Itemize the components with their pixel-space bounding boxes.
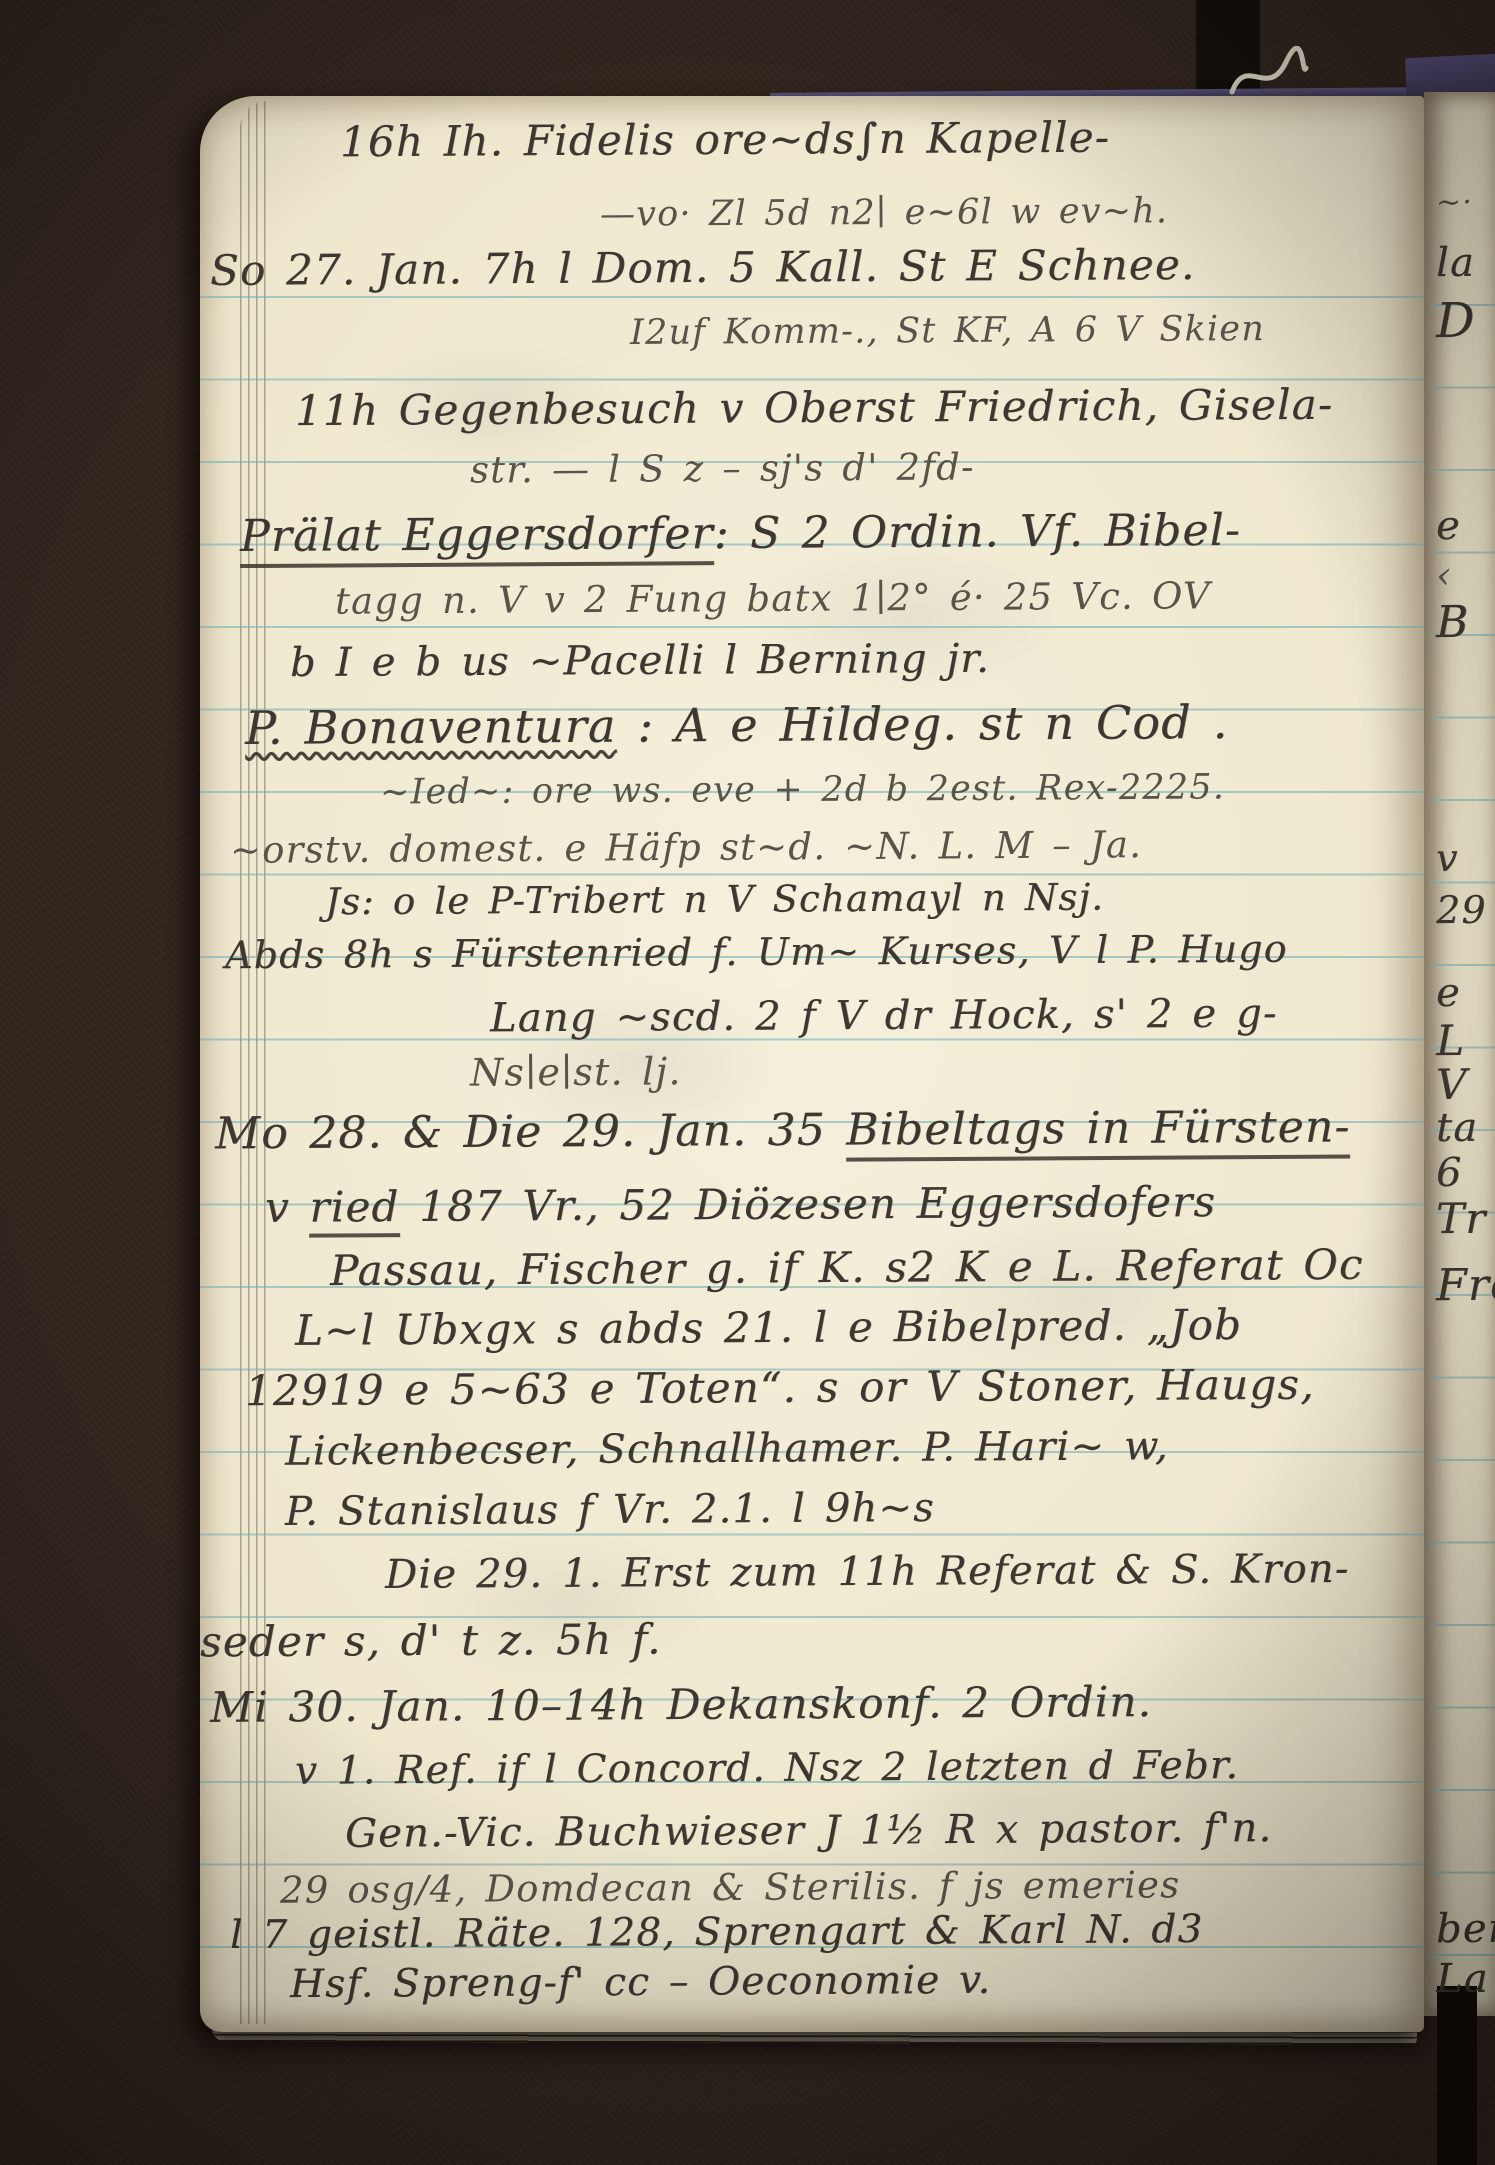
handwriting-line: ~Ied~: ore ws. eve + 2d b 2est. Rex-2225…: [380, 767, 1225, 812]
notebook-photo: 16h Ih. Fidelis ore~ds∫n Kapelle- —vo· Z…: [0, 0, 1495, 2165]
facing-page-text-fragment: ~·: [1436, 185, 1473, 220]
facing-page-text-fragment: v: [1436, 836, 1459, 880]
handwriting-line: 11h Gegenbesuch v Oberst Friedrich, Gise…: [295, 380, 1334, 435]
facing-page-text-fragment: 6: [1436, 1150, 1463, 1196]
handwriting-line: Hsf. Spreng-f' cc – Oeconomie v.: [290, 1958, 991, 2007]
handwriting-line: 16h Ih. Fidelis ore~ds∫n Kapelle-: [340, 113, 1110, 167]
handwriting-line: tagg n. V v 2 Fung batx 1∣2° é· 25 Vc. O…: [335, 574, 1211, 622]
line-pre: Mo 28. & Die 29. Jan. 35: [215, 1105, 846, 1160]
handwriting-line: Mo 28. & Die 29. Jan. 35 Bibeltags in Fü…: [215, 1102, 1351, 1160]
facing-page-text-fragment: ‹: [1436, 553, 1453, 597]
line-pre: Js: o le P-Tribert n V Schamayl n Nsj.: [325, 876, 1104, 924]
line-pre: b I e b us ~Pacelli l Berning jr.: [290, 636, 990, 686]
facing-page-text-fragment: ber: [1436, 1906, 1495, 1952]
line-pre: seder s, d' t z. 5h f.: [200, 1615, 662, 1667]
handwriting-line: I2uf Komm-., St KF, A 6 V Skien: [630, 309, 1265, 353]
facing-page-text-fragment: ta: [1436, 1105, 1479, 1151]
handwriting-line: Lang ~scd. 2 f V dr Hock, s' 2 e g-: [490, 991, 1278, 1042]
handwriting-line: 12919 e 5~63 e Toten“. s or V Stoner, Ha…: [245, 1360, 1315, 1416]
handwriting-line: P. Bonaventura : A e Hildeg. st n Cod .: [245, 695, 1229, 755]
line-pre: So 27. Jan. 7h l Dom. 5 Kall. St E Schne…: [210, 240, 1196, 295]
line-pre: 11h Gegenbesuch v Oberst Friedrich, Gise…: [295, 380, 1334, 435]
line-pre: Gen.-Vic. Buchwieser J 1½ R x pastor. f'…: [345, 1805, 1273, 1857]
handwriting-line: 29 osg/4, Domdecan & Sterilis. f js emer…: [280, 1863, 1181, 1911]
handwriting-line: Ns∣e∣st. lj.: [470, 1049, 682, 1094]
line-post: : S 2 Ordin. Vf. Bibel-: [714, 505, 1242, 559]
handwriting-line: ~orstv. domest. e Häfp st~d. ~N. L. M – …: [230, 823, 1142, 872]
facing-page-text-fragment: B: [1436, 597, 1470, 648]
handwriting-line: Prälat Eggersdorfer: S 2 Ordin. Vf. Bibe…: [240, 505, 1241, 562]
handwriting-line: seder s, d' t z. 5h f.: [200, 1615, 662, 1667]
line-pre: I2uf Komm-., St KF, A 6 V Skien: [630, 309, 1265, 353]
handwriting-line: Passau, Fischer g. if K. s2 K e L. Refer…: [330, 1240, 1364, 1295]
line-pre: P. Stanislaus f Vr. 2.1. l 9h~s: [285, 1485, 935, 1535]
facing-page-text-fragment: L: [1436, 1016, 1465, 1065]
line-pre: Mi 30. Jan. 10–14h Dekanskonf. 2 Ordin.: [210, 1677, 1152, 1732]
facing-page-text-fragment: Tr: [1436, 1194, 1487, 1243]
line-pre: 16h Ih. Fidelis ore~ds∫n Kapelle-: [340, 113, 1110, 167]
facing-page-text-fragment: V: [1436, 1060, 1468, 1109]
line-pre: Ns∣e∣st. lj.: [470, 1049, 682, 1094]
line-pre: Abds 8h s Fürstenried f. Um~ Kurses, V l…: [225, 927, 1288, 977]
line-underlined: P. Bonaventura: [245, 699, 617, 757]
handwriting-line: P. Stanislaus f Vr. 2.1. l 9h~s: [285, 1485, 935, 1535]
facing-page-text-fragment: La: [1436, 1956, 1489, 2002]
handwriting-line: l 7 geistl. Räte. 128, Sprengart & Karl …: [230, 1907, 1204, 1958]
handwriting-line: Js: o le P-Tribert n V Schamayl n Nsj.: [325, 876, 1104, 924]
line-pre: ~Ied~: ore ws. eve + 2d b 2est. Rex-2225…: [380, 767, 1225, 812]
line-post: 187 Vr., 52 Diözesen Eggersdofers: [399, 1177, 1216, 1231]
handwriting-line: Mi 30. Jan. 10–14h Dekanskonf. 2 Ordin.: [210, 1677, 1152, 1732]
line-pre: Lang ~scd. 2 f V dr Hock, s' 2 e g-: [490, 991, 1278, 1042]
line-pre: tagg n. V v 2 Fung batx 1∣2° é· 25 Vc. O…: [335, 574, 1211, 622]
line-pre: Die 29. 1. Erst zum 11h Referat & S. Kro…: [385, 1546, 1350, 1598]
line-pre: Hsf. Spreng-f' cc – Oeconomie v.: [290, 1958, 991, 2007]
handwriting-line: v 1. Ref. if l Concord. Nsz 2 letzten d …: [295, 1743, 1239, 1794]
line-pre: —vo· Zl 5d n2∣ e~6l w ev~h.: [600, 191, 1168, 234]
line-pre: Lickenbecser, Schnallhamer. P. Hari~ w,: [285, 1423, 1169, 1474]
facing-page-text-fragment: D: [1436, 293, 1476, 349]
book-cover-edge-bottom-right: [1437, 1986, 1477, 2165]
facing-page-text-fragment: la: [1436, 240, 1475, 286]
line-post: : A e Hildeg. st n Cod .: [616, 695, 1228, 753]
line-underlined: Bibeltags in Fürsten-: [846, 1102, 1351, 1162]
handwriting-line: L~l Ubxgx s abds 21. l e Bibelpred. „Job: [295, 1300, 1242, 1355]
handwriting-line: Lickenbecser, Schnallhamer. P. Hari~ w,: [285, 1423, 1169, 1474]
handwriting-line: Gen.-Vic. Buchwieser J 1½ R x pastor. f'…: [345, 1805, 1273, 1857]
facing-page-text-fragment: e: [1436, 970, 1461, 1016]
line-pre: v: [265, 1183, 310, 1232]
line-pre: str. — l S z – sj's d' 2fd-: [470, 445, 975, 491]
line-underlined: ried: [309, 1182, 399, 1238]
facing-page-text-fragment: Fre: [1436, 1260, 1495, 1311]
handwriting-line: So 27. Jan. 7h l Dom. 5 Kall. St E Schne…: [210, 240, 1196, 295]
line-pre: L~l Ubxgx s abds 21. l e Bibelpred. „Job: [295, 1300, 1242, 1355]
line-pre: ~orstv. domest. e Häfp st~d. ~N. L. M – …: [230, 823, 1142, 872]
line-pre: 29 osg/4, Domdecan & Sterilis. f js emer…: [280, 1863, 1181, 1911]
facing-page-text-fragment: 29: [1436, 888, 1487, 932]
line-underlined: Prälat Eggersdorfer: [240, 508, 714, 568]
handwriting-line: —vo· Zl 5d n2∣ e~6l w ev~h.: [600, 191, 1168, 234]
handwriting-line: v ried 187 Vr., 52 Diözesen Eggersdofers: [265, 1177, 1216, 1232]
line-pre: v 1. Ref. if l Concord. Nsz 2 letzten d …: [295, 1743, 1239, 1794]
line-pre: Passau, Fischer g. if K. s2 K e L. Refer…: [330, 1240, 1364, 1295]
facing-page-text-fragment: e: [1436, 503, 1461, 549]
handwriting-line: Die 29. 1. Erst zum 11h Referat & S. Kro…: [385, 1546, 1350, 1598]
line-pre: l 7 geistl. Räte. 128, Sprengart & Karl …: [230, 1907, 1204, 1958]
handwriting-line: str. — l S z – sj's d' 2fd-: [470, 445, 975, 491]
line-pre: 12919 e 5~63 e Toten“. s or V Stoner, Ha…: [245, 1360, 1315, 1416]
handwriting-line: b I e b us ~Pacelli l Berning jr.: [290, 636, 990, 686]
handwriting-line: Abds 8h s Fürstenried f. Um~ Kurses, V l…: [225, 927, 1288, 977]
